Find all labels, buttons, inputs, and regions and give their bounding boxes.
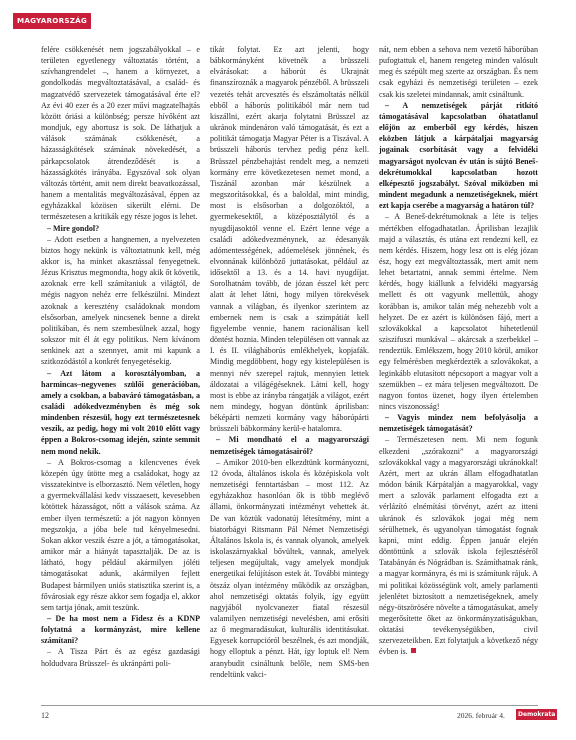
article-column-2: tikát folytat. Ez azt jelenti, hogy bábk… (210, 44, 369, 654)
article-column-3: nát, nem ebben a sehova nem vezető hábor… (379, 44, 538, 654)
footer-divider (41, 705, 538, 706)
answer-paragraph: felére csökkenését nem jogszabályokkal –… (41, 44, 200, 223)
section-tag: MAGYARORSZÁG (13, 13, 91, 29)
interview-question: – Vagyis mindez nem befolyásolja a nemze… (379, 412, 538, 434)
final-answer-text: – Természetesen nem. Mi nem fogunk elkez… (379, 435, 538, 656)
answer-paragraph: nát, nem ebben a sehova nem vezető hábor… (379, 44, 538, 100)
page-number: 12 (41, 711, 49, 720)
interview-question: – De ha most nem a Fidesz és a KDNP foly… (41, 613, 200, 646)
article-body: felére csökkenését nem jogszabályokkal –… (41, 44, 538, 654)
answer-paragraph: – Amikor 2010-ben elkezdtünk kormányozni… (210, 457, 369, 680)
answer-paragraph: – A Bokros-csomag a kilencvenes évek köz… (41, 457, 200, 613)
magazine-logo: Demokrata (516, 709, 557, 720)
answer-paragraph: tikát folytat. Ez azt jelenti, hogy bábk… (210, 44, 369, 434)
interview-question: – Azt látom a korosztályomban, a harminc… (41, 368, 200, 457)
interview-question: – Mire gondol? (41, 223, 200, 234)
end-of-article-square-icon (411, 648, 416, 653)
article-column-1: felére csökkenését nem jogszabályokkal –… (41, 44, 200, 654)
answer-paragraph: – Adott esetben a hangnemen, a nyelvezet… (41, 234, 200, 368)
answer-paragraph: – Természetesen nem. Mi nem fogunk elkez… (379, 434, 538, 657)
answer-paragraph: – A Beneš-dekrétumoknak a léte is teljes… (379, 211, 538, 412)
issue-date: 2026. február 4. (457, 711, 505, 720)
answer-paragraph: – A Tisza Párt és az egész gazdasági hol… (41, 646, 200, 668)
interview-question: – Mi mondható el a magyarországi nemzeti… (210, 434, 369, 456)
interview-question: – A nemzetiségek párját ritkító támogatá… (379, 100, 538, 212)
